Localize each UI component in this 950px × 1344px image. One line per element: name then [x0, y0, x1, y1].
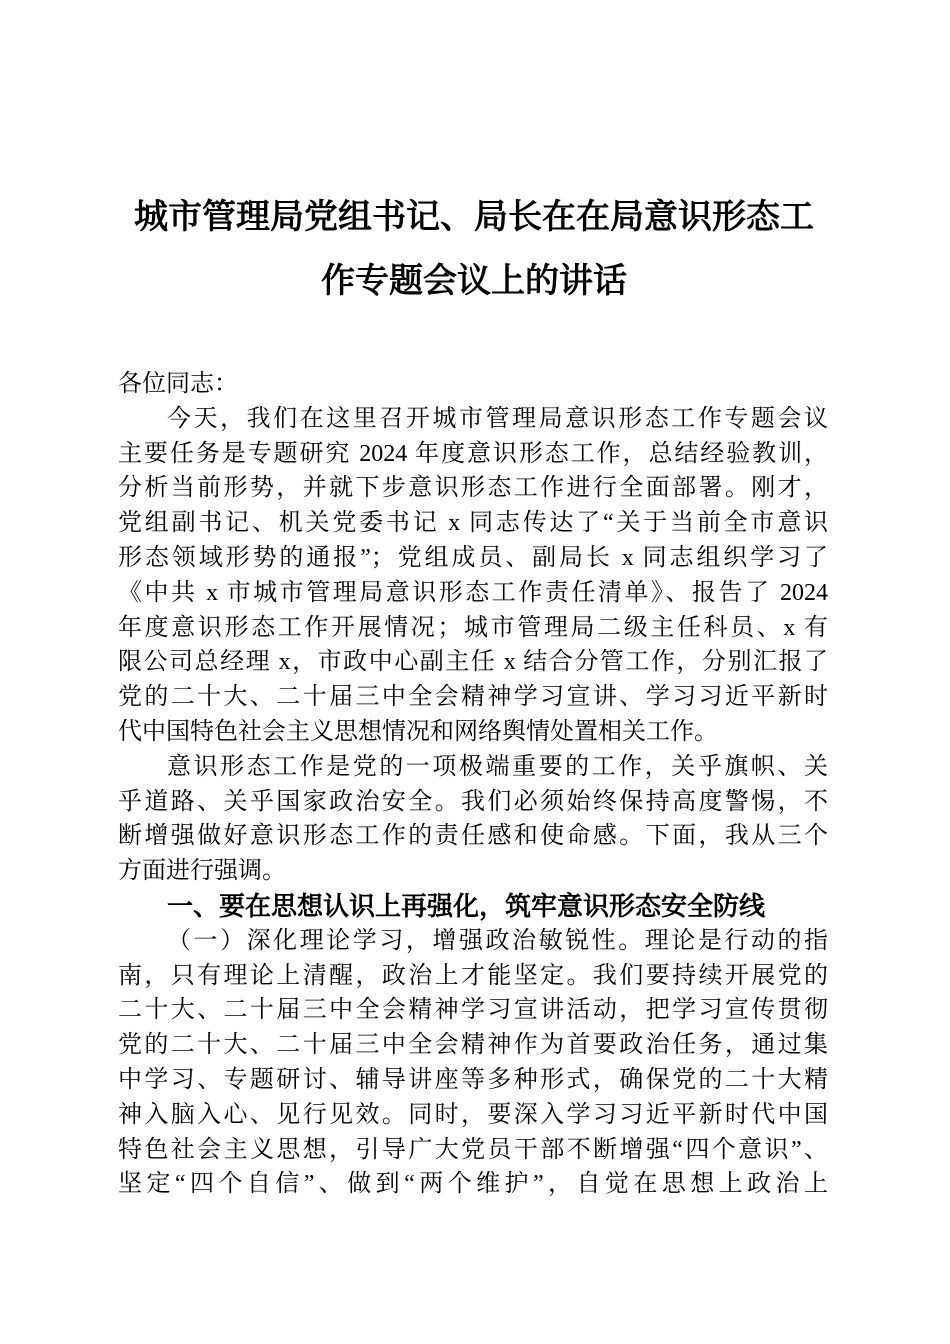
- body-line: 特色社会主义思想，引导广大党员干部不断增强“四个意识”、: [118, 1133, 828, 1168]
- body-line: 意识形态工作是党的一项极端重要的工作，关乎旗帜、关: [118, 750, 828, 785]
- body-line: 神入脑入心、见行见效。同时，要深入学习习近平新时代中国: [118, 1098, 828, 1133]
- document-body: 各位同志：今天，我们在这里召开城市管理局意识形态工作专题会议主要任务是专题研究 …: [118, 367, 828, 1202]
- body-line: 党的二十大、二十届三中全会精神作为首要政治任务，通过集: [118, 1028, 828, 1063]
- body-line: 今天，我们在这里召开城市管理局意识形态工作专题会议: [118, 402, 828, 437]
- body-line: 南，只有理论上清醒，政治上才能坚定。我们要持续开展党的: [118, 959, 828, 994]
- section-heading: 一、要在思想认识上再强化，筑牢意识形态安全防线: [118, 889, 828, 924]
- title-line: 作专题会议上的讲话: [118, 250, 830, 314]
- title-line: 城市管理局党组书记、局长在在局意识形态工: [118, 186, 830, 250]
- subheading-lead: （一）深化理论学习，增强政治敏锐性。: [167, 928, 645, 954]
- body-line: 坚定“四个自信”、做到“两个维护”，自觉在思想上政治上: [118, 1167, 828, 1202]
- body-line: 二十大、二十届三中全会精神学习宣讲活动，把学习宣传贯彻: [118, 993, 828, 1028]
- body-line: 代中国特色社会主义思想情况和网络舆情处置相关工作。: [118, 715, 828, 750]
- body-line: 主要任务是专题研究 2024 年度意识形态工作，总结经验教训，: [118, 437, 828, 472]
- body-line: 断增强做好意识形态工作的责任感和使命感。下面，我从三个: [118, 819, 828, 854]
- document-page: 城市管理局党组书记、局长在在局意识形态工作专题会议上的讲话 各位同志：今天，我们…: [0, 0, 950, 1344]
- body-line: 年度意识形态工作开展情况；城市管理局二级主任科员、x 有: [118, 611, 828, 646]
- body-line: 限公司总经理 x，市政中心副主任 x 结合分管工作，分别汇报了: [118, 645, 828, 680]
- body-line: 分析当前形势，并就下步意识形态工作进行全面部署。刚才，: [118, 471, 828, 506]
- body-line: （一）深化理论学习，增强政治敏锐性。理论是行动的指: [118, 924, 828, 959]
- body-line: 《中共 x 市城市管理局意识形态工作责任清单》、报告了 2024: [118, 576, 828, 611]
- body-line: 中学习、专题研讨、辅导讲座等多种形式，确保党的二十大精: [118, 1063, 828, 1098]
- body-line: 方面进行强调。: [118, 854, 828, 889]
- document-title: 城市管理局党组书记、局长在在局意识形态工作专题会议上的讲话: [118, 186, 830, 314]
- body-line: 党组副书记、机关党委书记 x 同志传达了“关于当前全市意识: [118, 506, 828, 541]
- body-line: 各位同志：: [118, 367, 828, 402]
- body-line: 形态领域形势的通报”；党组成员、副局长 x 同志组织学习了: [118, 541, 828, 576]
- body-line: 党的二十大、二十届三中全会精神学习宣讲、学习习近平新时: [118, 680, 828, 715]
- body-line: 乎道路、关乎国家政治安全。我们必须始终保持高度警惕，不: [118, 785, 828, 820]
